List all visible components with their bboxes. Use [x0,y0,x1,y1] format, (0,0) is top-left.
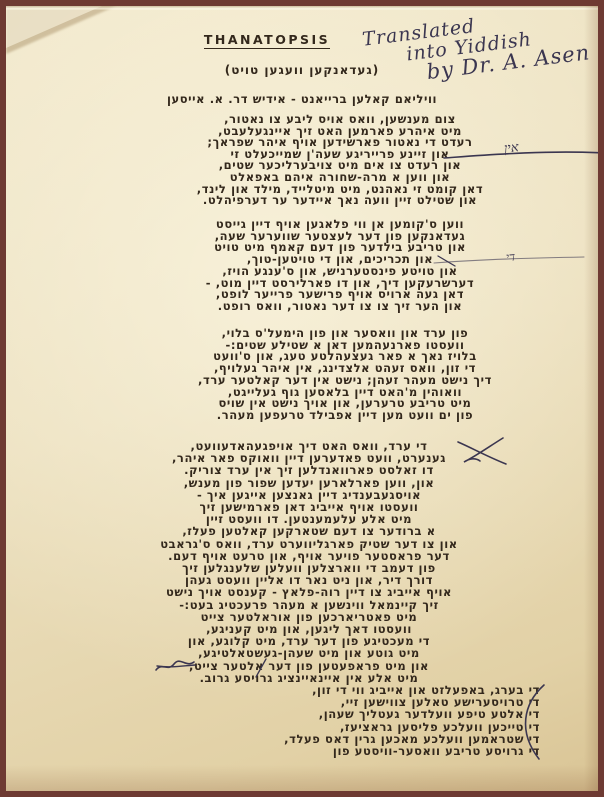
document-page: THANATOPSIS (געדאנקען וועגען טויט) ווילי… [6,6,598,791]
scan-border: THANATOPSIS (געדאנקען וועגען טויט) ווילי… [0,0,604,797]
pen-bracket [6,6,598,791]
